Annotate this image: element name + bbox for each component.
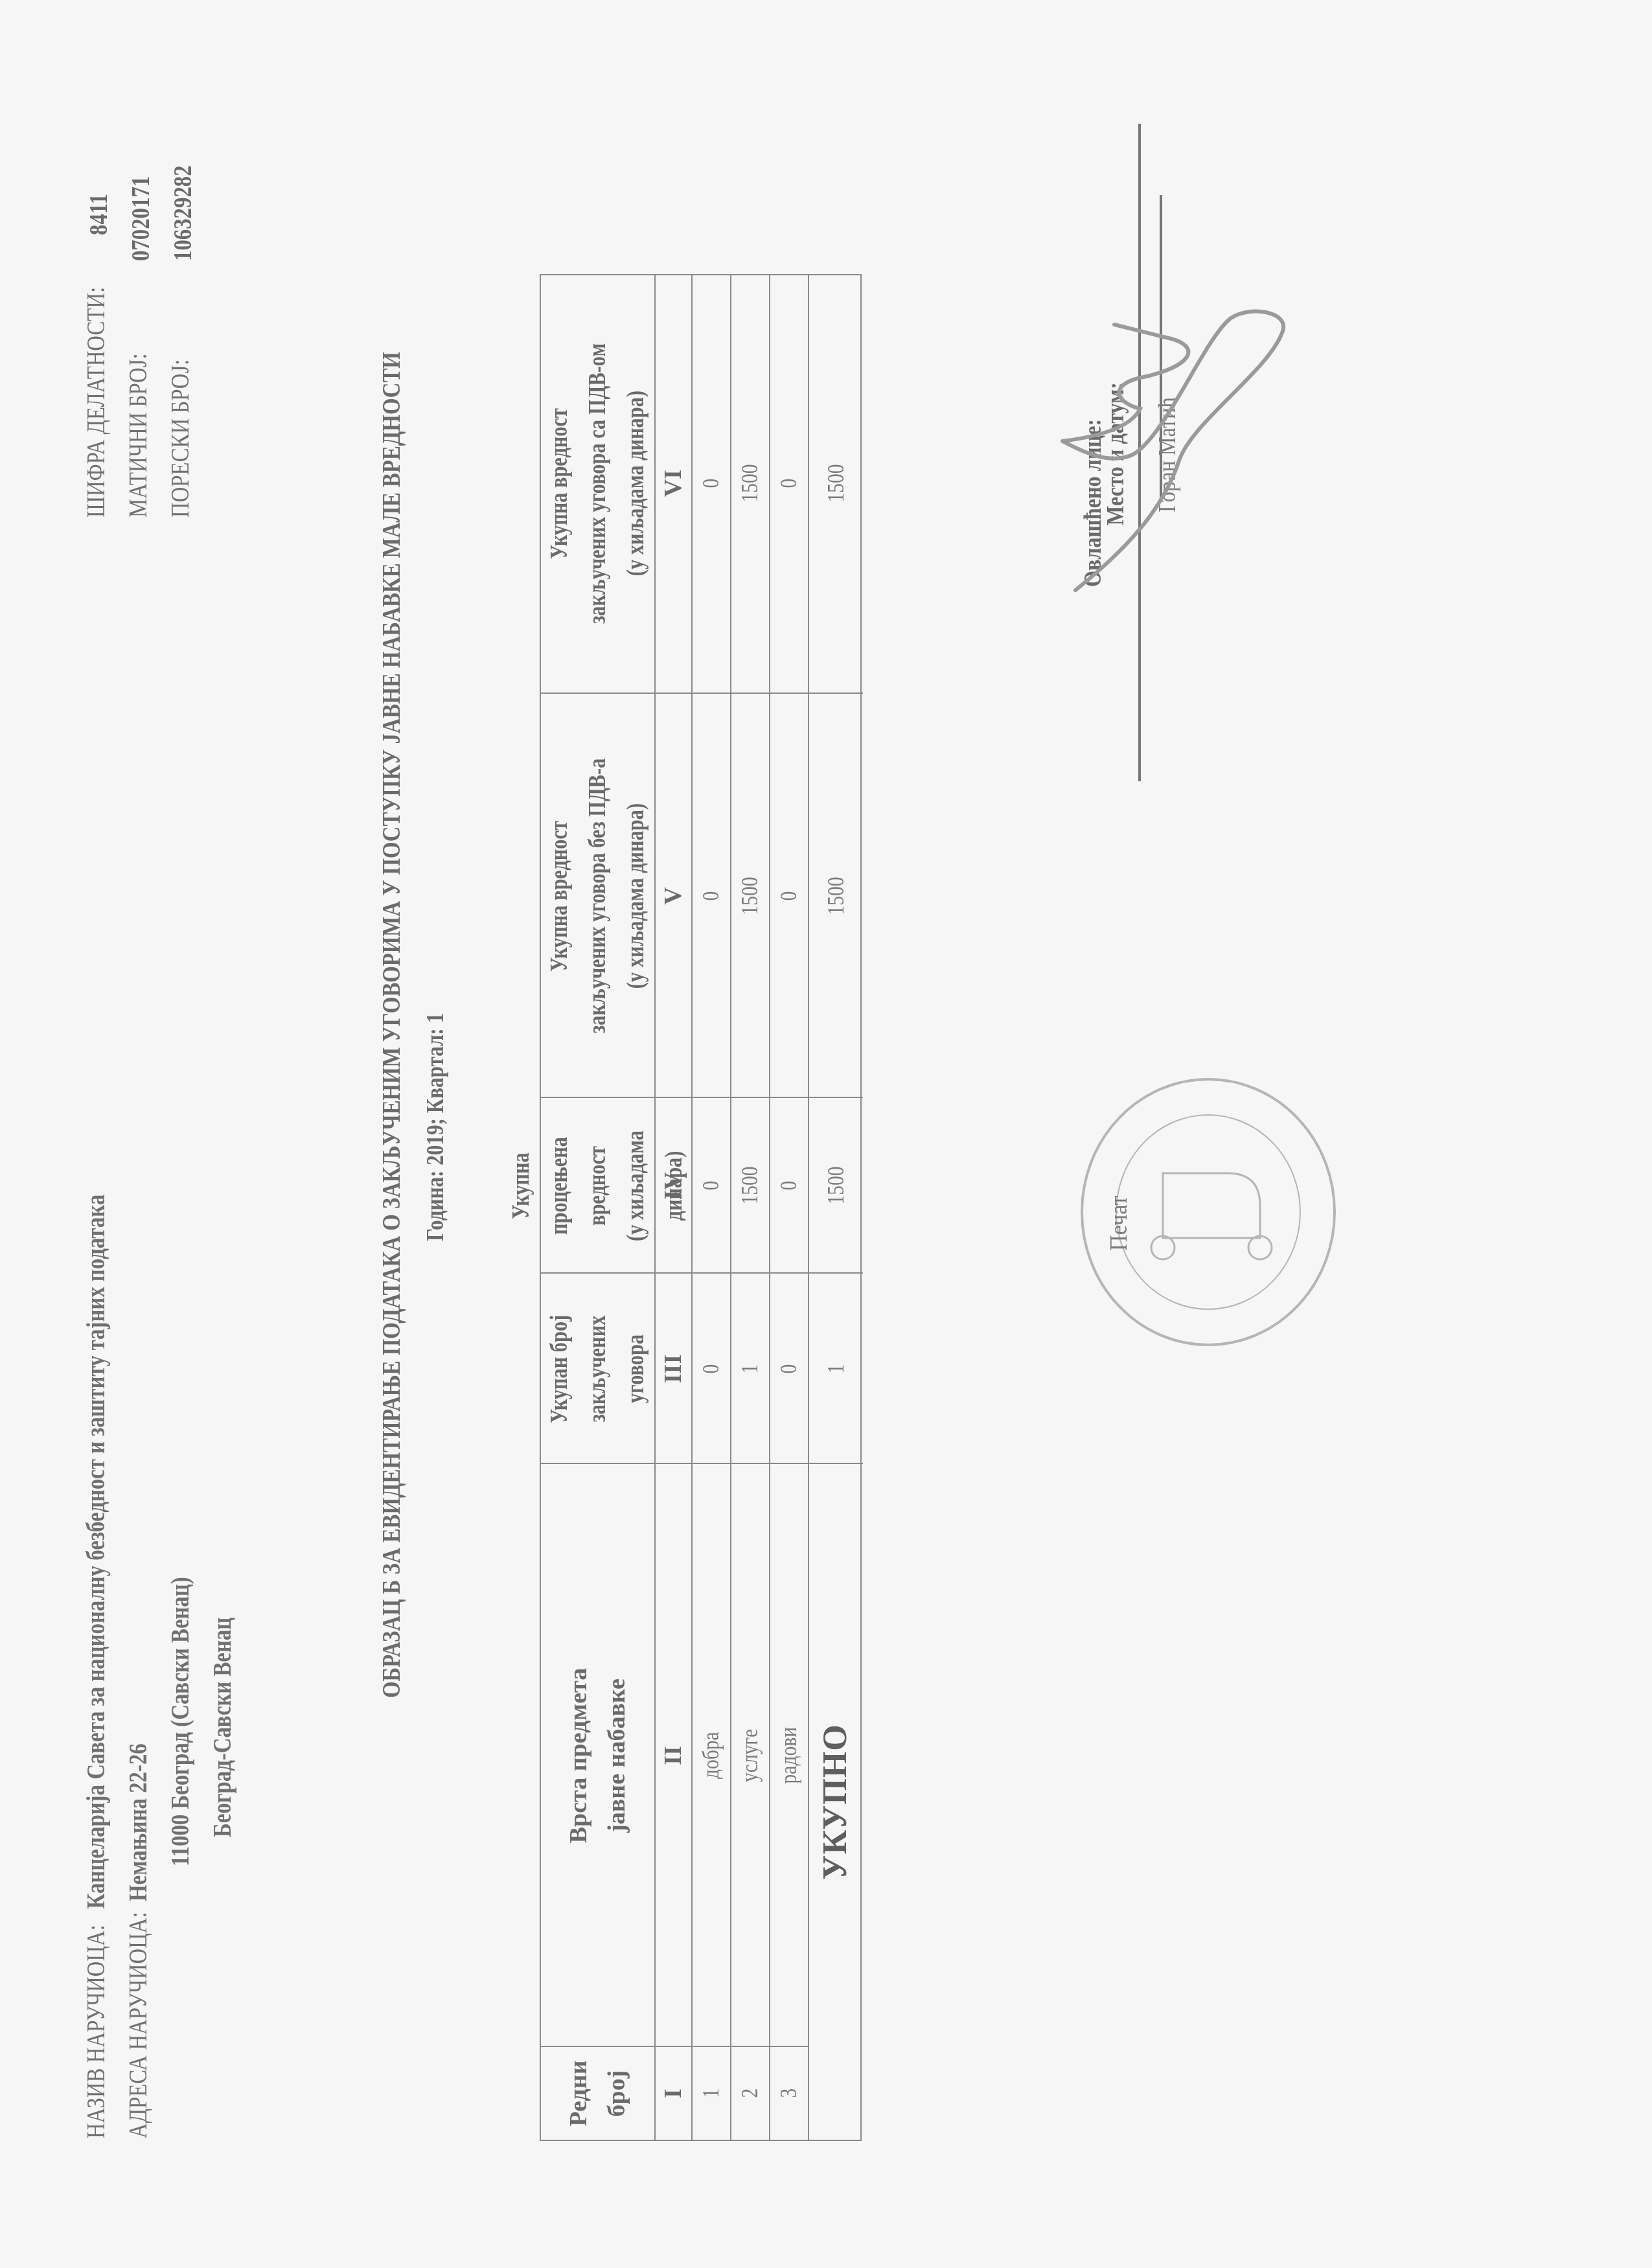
table-cell-value: 0 [697,891,724,901]
column-header: Укупна процењена вредност(у хиљадама дин… [541,1098,654,1274]
table-cell-value: 1 [697,2089,724,2098]
activity-code: 8411 [83,194,113,235]
table-cell-type: услуге [730,1464,769,2047]
column-roman-numeral: IV [659,1172,687,1199]
total-value: 1 [822,1364,849,1374]
table-cell-estimated: 0 [691,1098,730,1274]
table-cell-count: 0 [769,1274,808,1464]
document-page: НАЗИВ НАРУЧИОЦА: Канцеларија Савета за н… [0,0,1652,2268]
total-value-no-vat: 1500 [808,694,863,1098]
column-header: Укупна вредностзакључених уговора са ПДВ… [541,273,654,694]
buyer-address-row: АДРЕСА НАРУЧИОЦА: Немањина 22-26 [125,1743,151,2138]
table-cell-type: добра [691,1464,730,2047]
tax-number: 106329282 [167,165,198,261]
table-cell-no: 2 [730,2047,769,2140]
buyer-name-label: НАЗИВ НАРУЧИОЦА: [81,1925,110,2138]
form-title: ОБРАЗАЦ Б ЗА ЕВИДЕНТИРАЊЕ ПОДАТАКА О ЗАК… [376,352,406,1698]
table-cell-value: услуге [736,1729,763,1782]
tax-number-label: ПОРЕСКИ БРОЈ: [167,360,193,518]
column-number: I [654,2047,691,2140]
column-header: Укупна вредностзакључених уговора без ПД… [541,694,654,1098]
total-value-vat: 1500 [808,273,863,694]
total-count: 1 [808,1274,863,1464]
stamp-label: Печат [1105,1196,1133,1251]
total-label-text: УКУПНО [816,1724,855,1879]
column-header: Врста предметајавне набавке [541,1464,654,2047]
contracts-table: РеднибројIВрста предметајавне набавкеIIУ… [540,274,862,2141]
table-cell-type: радови [769,1464,808,2047]
signature-icon [1037,227,1309,616]
table-cell-value: 0 [775,1364,802,1374]
table-cell-value-no-vat: 1500 [730,694,769,1098]
table-cell-value: 1500 [736,464,763,502]
column-header: Редниброј [541,2047,654,2140]
column-header-line: (у хиљадама динара) [617,803,655,989]
column-roman-numeral: II [659,1746,687,1765]
column-header-line: Укупна вредност [540,821,579,972]
column-header-line: Укупна процењена вредност [502,1116,617,1256]
table-cell-value-no-vat: 0 [769,694,808,1098]
buyer-name-row: НАЗИВ НАРУЧИОЦА: Канцеларија Савета за н… [83,1195,109,2138]
column-header-line: Укупна вредност [540,408,579,559]
table-cell-value: 1 [736,1364,763,1374]
column-header-line: Врста предмета [560,1668,598,1843]
column-number: VI [654,273,691,694]
column-header-line: јавне набавке [598,1678,636,1833]
address-line-3: Београд-Савски Венац [209,1618,235,1837]
column-header-line: Укупан број [540,1314,579,1423]
address-line-1: Немањина 22-26 [123,1743,152,1901]
table-cell-value: 0 [775,1181,802,1191]
column-header-line: закључених уговора [579,1292,655,1445]
table-cell-value: 0 [697,479,724,488]
table-cell-estimated: 0 [769,1098,808,1274]
column-header-line: закључених уговора без ПДВ-а [579,759,617,1033]
table-cell-value-vat: 1500 [730,273,769,694]
table-cell-value: радови [775,1727,802,1783]
table-cell-value: 1500 [736,1167,763,1205]
column-roman-numeral: I [659,2089,687,2098]
registration-number: 07020171 [125,176,155,261]
table-cell-value: 0 [775,479,802,488]
form-subtitle: Година: 2019; Квартал: 1 [421,1013,450,1241]
registration-number-label: МАТИЧНИ БРОЈ: [125,353,151,518]
table-cell-count: 1 [730,1274,769,1464]
activity-code-label: ШИФРА ДЕЛАТНОСТИ: [83,287,109,518]
table-cell-no: 1 [691,2047,730,2140]
column-number: IV [654,1098,691,1274]
column-roman-numeral: V [659,887,687,904]
table-cell-estimated: 1500 [730,1098,769,1274]
column-number: II [654,1464,691,2047]
table-cell-value: 0 [697,1364,724,1374]
column-header-line: број [598,2070,636,2117]
column-header-line: (у хиљадама динара) [617,391,655,576]
total-estimated: 1500 [808,1098,863,1274]
table-cell-no: 3 [769,2047,808,2140]
table-cell-value: 3 [775,2089,802,2098]
table-cell-value-vat: 0 [769,273,808,694]
column-roman-numeral: VI [659,470,687,497]
buyer-address-label: АДРЕСА НАРУЧИОЦА: [123,1912,152,2138]
total-value: 1500 [822,464,849,502]
table-cell-count: 0 [691,1274,730,1464]
table-cell-value: добра [697,1732,724,1780]
address-line-2: 11000 Београд (Савски Венац) [167,1577,193,1866]
column-number: V [654,694,691,1098]
table-cell-value: 0 [697,1181,724,1191]
table-cell-value: 2 [736,2089,763,2098]
column-header: Укупан бројзакључених уговора [541,1274,654,1464]
total-label: УКУПНО [808,1464,863,2140]
column-header-line: закључених уговора са ПДВ-ом [579,343,617,623]
table-cell-value-vat: 0 [691,273,730,694]
column-header-line: Редни [560,2060,598,2126]
column-number: III [654,1274,691,1464]
column-roman-numeral: III [659,1355,687,1383]
total-value: 1500 [822,876,849,915]
table-cell-value: 1500 [736,876,763,915]
total-value: 1500 [822,1167,849,1205]
buyer-name: Канцеларија Савета за националну безбедн… [81,1195,110,1908]
table-cell-value-no-vat: 0 [691,694,730,1098]
table-cell-value: 0 [775,891,802,901]
